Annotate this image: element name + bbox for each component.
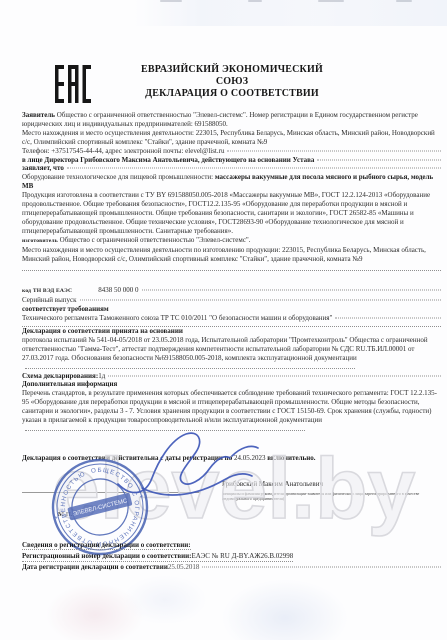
title-line3: ДЕКЛАРАЦИЯ О СООТВЕТСТВИИ [118, 88, 346, 100]
dot-leader [25, 365, 355, 369]
declaration-document: elevel.by ЕВРАЗИЙСКИЙ ЭКОНОМИЧЕСКИЙ СОЮЗ… [0, 0, 447, 640]
tnved-value: 8438 50 000 0 [98, 286, 138, 295]
product-standards: Продукция изготовлена в соответствии с Т… [22, 191, 441, 236]
applicant-address: Место нахождения и место осуществления д… [22, 129, 441, 147]
dot-leader [227, 150, 441, 151]
dot-leader [80, 300, 441, 301]
scan-artifact [160, 0, 182, 2]
registration-section: Сведения о регистрации декларации о соот… [22, 541, 441, 572]
registration-number: ЕАЭС № RU Д-BY.АЖ26.В.02998 [192, 552, 294, 562]
scan-artifact [318, 0, 344, 2]
applicant-phone-line: Телефон: +37517545-44-44, адрес электрон… [22, 147, 441, 156]
registration-date-line: Дата регистрации декларации о соответств… [22, 563, 441, 572]
conforms-line: соответствует требованиям [22, 305, 441, 314]
dot-leader [335, 318, 441, 319]
dot-leader [202, 567, 441, 568]
scheme-line: Схема декларирования: 1д [22, 372, 441, 381]
dot-leader [317, 159, 441, 160]
tnved-label: код ТН ВЭД ЕАЭС [22, 287, 72, 296]
basis-heading: Декларация о соответствии принята на осн… [22, 327, 441, 336]
registration-date: 25.05.2018 [168, 563, 200, 572]
applicant-paragraph: Заявитель Общество с ограниченной ответс… [22, 111, 441, 129]
dot-leader [142, 290, 441, 291]
document-body: Заявитель Общество с ограниченной ответс… [22, 111, 441, 434]
title-line2: СОЮЗ [118, 76, 346, 88]
product-paragraph: Оборудование технологическое для пищевой… [22, 173, 441, 191]
tnved-line: код ТН ВЭД ЕАЭС8438 50 000 0 [22, 286, 441, 296]
applicant-label: Заявитель [22, 111, 55, 119]
director-line: в лице Директора Грибовского Максима Ана… [22, 156, 441, 165]
signature-ink [112, 422, 272, 512]
declares-line: заявляет, что [22, 164, 441, 173]
regulation-line: Технического регламента Таможенного союз… [22, 314, 441, 323]
title-line1: ЕВРАЗИЙСКИЙ ЭКОНОМИЧЕСКИЙ [118, 64, 346, 76]
serial-line: Серийный выпуск [22, 296, 441, 305]
registration-heading: Сведения о регистрации декларации о соот… [22, 541, 441, 550]
registration-number-line: Регистрационный номер декларации о соотв… [22, 552, 441, 562]
document-title: ЕВРАЗИЙСКИЙ ЭКОНОМИЧЕСКИЙ СОЮЗ ДЕКЛАРАЦИ… [118, 64, 346, 100]
eac-logo-icon [55, 65, 91, 103]
additional-heading: Дополнительная информация [22, 380, 441, 389]
scan-artifact [396, 0, 412, 2]
dot-leader [67, 168, 441, 169]
manufacturer-label: изготовитель [22, 238, 58, 244]
dotted-separator [22, 270, 441, 271]
dot-leader [108, 375, 441, 376]
scan-artifact [248, 0, 262, 2]
manufacturer-line: изготовитель Общество с ограниченной отв… [22, 236, 441, 246]
manufacturer-address: Место нахождения и место осуществления д… [22, 246, 441, 264]
basis-text: протокола испытаний № 541-04-05/2018 от … [22, 336, 441, 372]
